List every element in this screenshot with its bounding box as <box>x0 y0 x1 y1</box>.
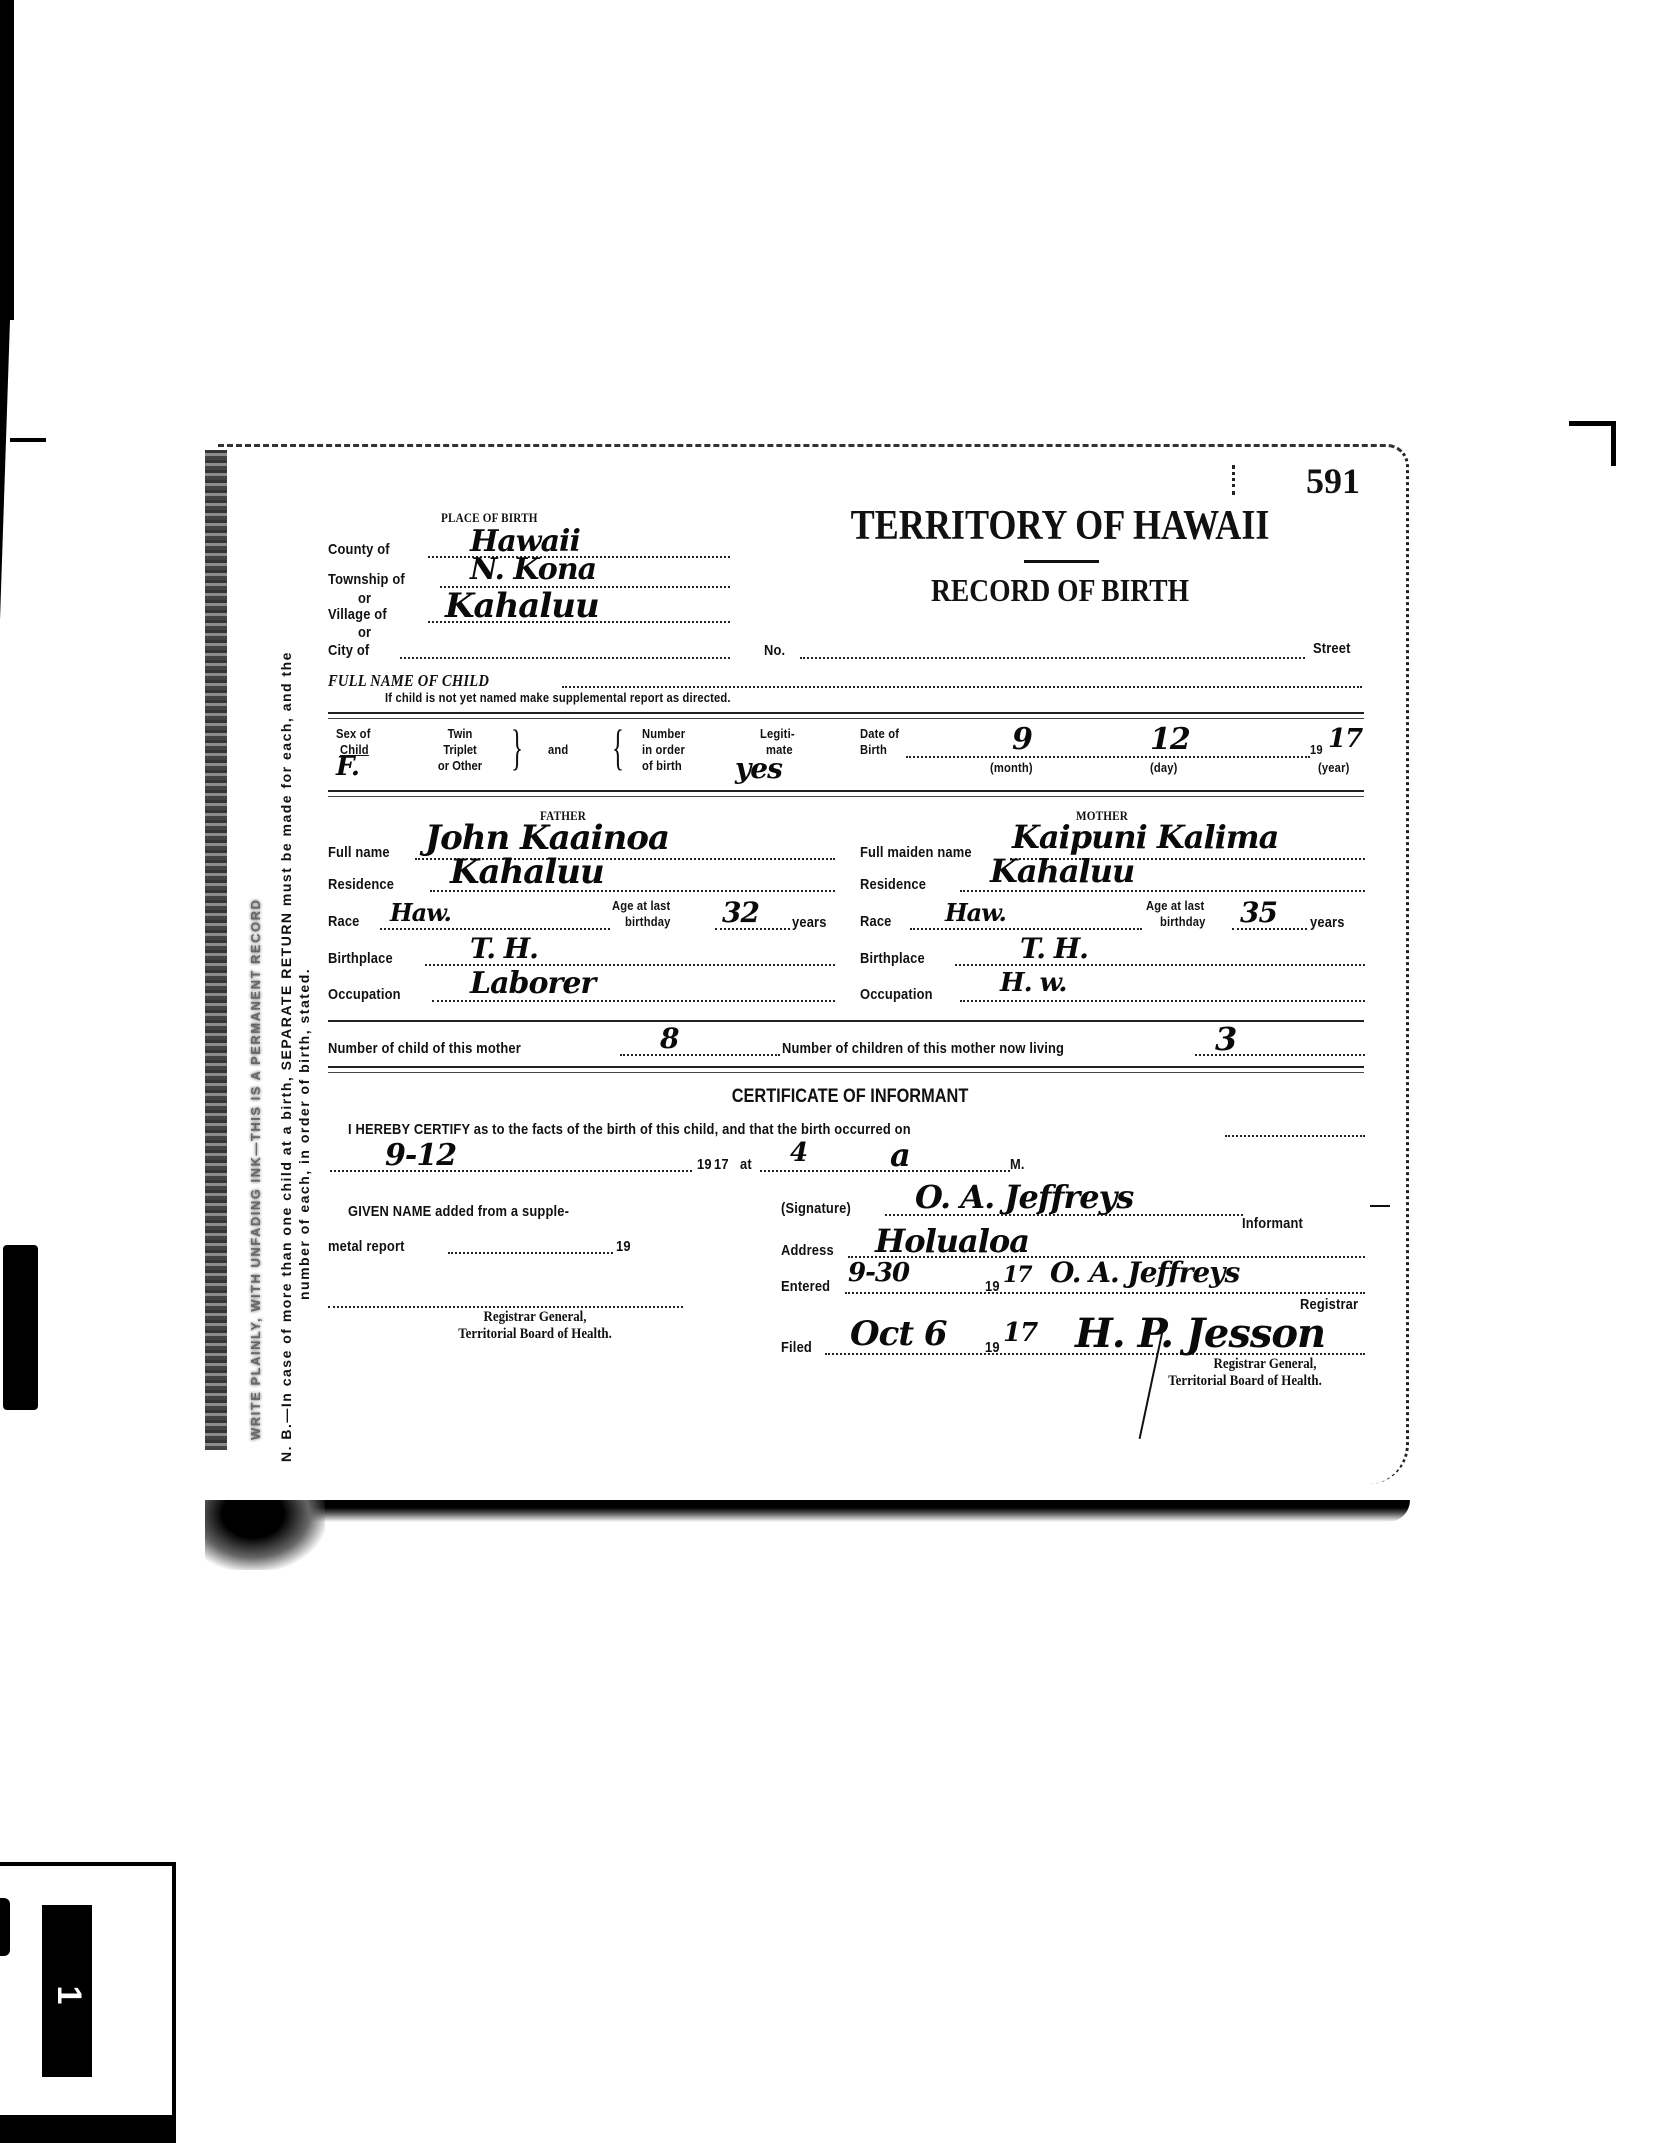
hour-line <box>760 1170 1010 1172</box>
film-strip-base <box>0 2115 176 2143</box>
margin-note-line2: number of each, in order of birth, state… <box>296 968 312 1300</box>
twin-label-1: Twin <box>434 726 486 741</box>
certificate-at-label: at <box>740 1156 752 1173</box>
title-rule <box>1024 560 1099 563</box>
entered-value[interactable]: 9-30 <box>848 1258 909 1288</box>
father-occupation-value[interactable]: Laborer <box>470 966 595 1001</box>
twin-label-3: or Other <box>426 758 495 773</box>
section-rule-1 <box>328 712 1364 719</box>
village-value[interactable]: Kahaluu <box>445 586 599 626</box>
certificate-m-label: M. <box>1010 1156 1025 1173</box>
entered-label: Entered <box>781 1278 830 1295</box>
father-residence-value[interactable]: Kahaluu <box>450 852 604 892</box>
father-occupation-label: Occupation <box>328 986 401 1003</box>
full-name-of-child-line[interactable] <box>562 686 1362 688</box>
mother-name-label: Full maiden name <box>860 844 972 861</box>
crop-tick-mark <box>10 438 46 442</box>
year-caption: (year) <box>1318 760 1349 775</box>
given-name-label: GIVEN NAME added from a supple- <box>348 1203 569 1220</box>
filed-year-prefix: 19 <box>985 1339 1000 1356</box>
mother-birthplace-line <box>955 964 1365 966</box>
mother-birthplace-value[interactable]: T. H. <box>1020 932 1088 965</box>
certificate-hour-value[interactable]: 4 <box>790 1138 807 1168</box>
mother-occupation-label: Occupation <box>860 986 933 1003</box>
father-years-label: years <box>792 914 827 931</box>
mother-years-label: years <box>1310 914 1345 931</box>
signature-value[interactable]: O. A. Jeffreys <box>915 1178 1133 1216</box>
margin-stamp: WRITE PLAINLY, WITH UNFADING INK—THIS IS… <box>248 899 263 1440</box>
village-label: Village of <box>328 606 387 623</box>
filed-registrar-general: Registrar General, <box>1166 1356 1364 1373</box>
certificate-date-value[interactable]: 9-12 <box>385 1138 456 1173</box>
page-title: TERRITORY OF HAWAII <box>836 502 1283 550</box>
file-mark <box>1232 465 1241 495</box>
scan-edge-shadow-taper <box>0 320 10 620</box>
mother-occupation-value[interactable]: H. w. <box>1000 968 1067 998</box>
father-race-line <box>380 928 610 930</box>
father-age-label-1: Age at last <box>612 898 670 913</box>
or-label-1: or <box>358 590 371 607</box>
signature-tail-mark <box>1370 1205 1390 1207</box>
date-of-birth-label-1: Date of <box>860 726 899 741</box>
father-birthplace-value[interactable]: T. H. <box>470 932 538 965</box>
father-birthplace-label: Birthplace <box>328 950 393 967</box>
signature-label: (Signature) <box>781 1200 851 1217</box>
mother-occupation-line <box>960 1000 1365 1002</box>
certificate-statement-line <box>1225 1135 1365 1137</box>
card-left-shadow <box>205 450 227 1450</box>
children-living-value[interactable]: 3 <box>1215 1020 1236 1058</box>
legitimate-value[interactable]: yes <box>735 752 782 785</box>
metal-report-label: metal report <box>328 1238 405 1255</box>
record-number: 591 <box>1306 460 1360 502</box>
card-bottom-left-smudge <box>205 1500 325 1570</box>
child-number-value[interactable]: 8 <box>660 1022 678 1055</box>
entered-year-prefix: 19 <box>985 1278 1000 1295</box>
film-strip-id-text: S 1 6 <box>0 1978 147 2012</box>
mother-residence-line <box>960 890 1365 892</box>
film-strip-left-glyph <box>0 1898 10 1956</box>
city-label: City of <box>328 642 369 659</box>
section-rule-2 <box>328 790 1364 797</box>
scan-edge-shadow <box>0 0 14 320</box>
certificate-year-prefix: 19 <box>697 1156 712 1173</box>
street-no-label: No. <box>764 642 785 659</box>
township-label: Township of <box>328 571 405 588</box>
certificate-statement: I HEREBY CERTIFY as to the facts of the … <box>348 1121 911 1138</box>
registrar-general-signature-line <box>328 1306 683 1308</box>
supplemental-registrar-general: Registrar General, <box>402 1309 669 1326</box>
father-age-label-2: birthday <box>625 914 670 929</box>
brace-right: } <box>511 722 523 772</box>
street-label: Street <box>1313 640 1351 657</box>
black-tab-marker <box>3 1245 38 1410</box>
entered-year-value[interactable]: 17 <box>1003 1262 1032 1288</box>
mother-birthplace-label: Birthplace <box>860 950 925 967</box>
legitimate-label-1: Legiti- <box>760 726 795 741</box>
full-name-of-child-label: FULL NAME OF CHILD <box>328 671 489 691</box>
date-of-birth-label-2: Birth <box>860 742 887 757</box>
certificate-ampm-value[interactable]: a <box>890 1136 910 1174</box>
county-label: County of <box>328 541 390 558</box>
filed-board: Territorial Board of Health. <box>1129 1373 1361 1390</box>
children-living-label: Number of children of this mother now li… <box>782 1040 1064 1057</box>
filed-year-value[interactable]: 17 <box>1003 1318 1037 1348</box>
father-residence-label: Residence <box>328 876 394 893</box>
month-caption: (month) <box>990 760 1033 775</box>
date-of-birth-line <box>906 756 1310 758</box>
informant-label: Informant <box>1242 1215 1303 1232</box>
filed-value[interactable]: Oct 6 <box>850 1314 947 1354</box>
section-rule-4 <box>328 1066 1364 1073</box>
city-line <box>400 657 730 659</box>
brace-left: { <box>612 722 624 772</box>
father-name-label: Full name <box>328 844 390 861</box>
page-subtitle: RECORD OF BIRTH <box>888 572 1232 609</box>
child-name-note: If child is not yet named make supplemen… <box>385 690 731 705</box>
supplemental-board: Territorial Board of Health. <box>402 1326 669 1343</box>
street-no-line <box>800 657 1305 659</box>
day-caption: (day) <box>1150 760 1178 775</box>
twin-label-2: Triplet <box>434 742 486 757</box>
card-bottom-shadow <box>230 1500 1410 1522</box>
number-order-label-1: Number <box>642 726 685 741</box>
and-label: and <box>548 742 568 757</box>
entered-line <box>845 1292 1365 1294</box>
margin-note-line1: N. B.—In case of more than one child at … <box>278 651 294 1462</box>
mother-race-value[interactable]: Haw. <box>945 898 1006 927</box>
certificate-heading: CERTIFICATE OF INFORMANT <box>635 1086 1065 1108</box>
or-label-2: or <box>358 624 371 641</box>
mother-race-label: Race <box>860 913 892 930</box>
metal-report-year-prefix: 19 <box>616 1238 631 1255</box>
mother-residence-value[interactable]: Kahaluu <box>990 852 1134 890</box>
metal-report-line <box>448 1252 613 1254</box>
mother-age-value[interactable]: 35 <box>1240 896 1277 929</box>
mother-race-line <box>910 928 1142 930</box>
father-race-label: Race <box>328 913 360 930</box>
mother-residence-label: Residence <box>860 876 926 893</box>
corner-crop-mark <box>1569 421 1616 466</box>
father-race-value[interactable]: Haw. <box>390 898 451 927</box>
certificate-year-value[interactable]: 17 <box>714 1156 729 1173</box>
sex-value[interactable]: F. <box>336 752 359 782</box>
address-label: Address <box>781 1242 834 1259</box>
father-age-value[interactable]: 32 <box>722 896 759 929</box>
township-value[interactable]: N. Kona <box>470 552 596 587</box>
registrar-general-signature[interactable]: H. P. Jesson <box>1075 1310 1325 1357</box>
number-order-label-3: of birth <box>642 758 682 773</box>
mother-age-label-1: Age at last <box>1146 898 1204 913</box>
birth-month-value[interactable]: 9 <box>1012 722 1032 757</box>
birth-year-prefix: 19 <box>1310 742 1323 757</box>
child-number-label: Number of child of this mother <box>328 1040 521 1057</box>
sex-label-1: Sex of <box>336 726 371 741</box>
number-order-label-2: in order <box>642 742 685 757</box>
mother-name-value[interactable]: Kaipuni Kalima <box>1012 818 1278 856</box>
address-value[interactable]: Holualoa <box>875 1222 1029 1260</box>
filed-label: Filed <box>781 1339 812 1356</box>
entered-registrar-signature[interactable]: O. A. Jeffreys <box>1050 1256 1239 1289</box>
birth-day-value[interactable]: 12 <box>1150 722 1190 757</box>
birth-year-value[interactable]: 17 <box>1328 724 1362 754</box>
mother-age-label-2: birthday <box>1160 914 1205 929</box>
child-number-line <box>620 1054 780 1056</box>
section-rule-3 <box>328 1020 1364 1022</box>
